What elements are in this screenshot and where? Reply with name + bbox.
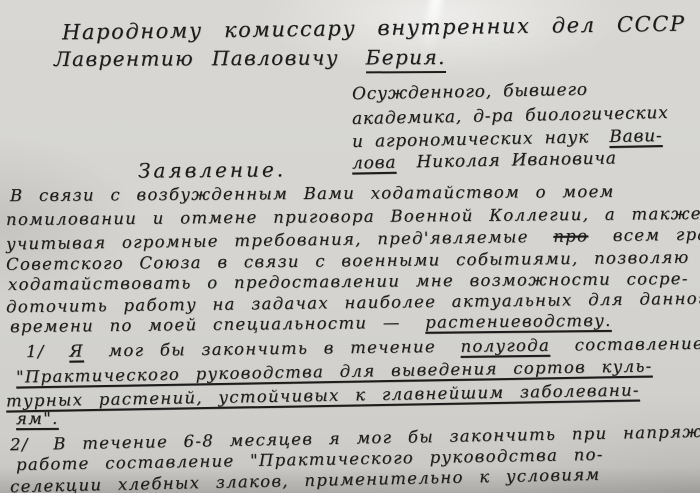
body-line-1: В связи с возбужденным Вами ходатайством… <box>10 182 615 205</box>
item-1-line-1-mid: мог бы закончить в течение <box>108 337 436 360</box>
addressee-line-2: Лаврентию Павловичу Берия. <box>54 45 446 71</box>
item-1-number: 1/ <box>26 342 45 361</box>
specialty-word: растениеводству. <box>425 311 612 332</box>
sender-line-2: академика, д-ра биологических <box>352 103 669 129</box>
addressee-name-prefix: Лаврентию Павловичу <box>54 46 339 71</box>
sender-line-1: Осужденного, бывшего <box>352 80 588 105</box>
item-2-number: 2/ <box>10 435 29 454</box>
statement-heading: Заявление. <box>138 157 286 182</box>
crossed-out-word: про <box>553 226 588 245</box>
sender-line-4: лова Николая Ивановича <box>352 148 617 173</box>
letter-page: Народному комиссару внутренних дел СССР … <box>0 0 700 493</box>
addressee-surname: Берия. <box>366 45 446 73</box>
sender-line-3-text: и агрономических наук <box>352 127 589 152</box>
sender-surname-part-2: лова <box>352 153 397 174</box>
item-1-line-1-tail: составление <box>575 334 700 355</box>
sender-given-names: Николая Ивановича <box>416 148 617 172</box>
half-year-word: полугода <box>460 336 550 356</box>
body-line-7-prefix: времени по моей специальности — <box>10 313 401 336</box>
item-1-title-line-3: ям". <box>16 409 59 428</box>
body-line-3-suffix: всем гражданам <box>613 224 700 245</box>
item-1-pronoun: Я <box>69 341 84 360</box>
addressee-line-1: Народному комиссару внутренних дел СССР <box>62 12 686 45</box>
sender-surname-part-1: Вави- <box>609 126 663 147</box>
